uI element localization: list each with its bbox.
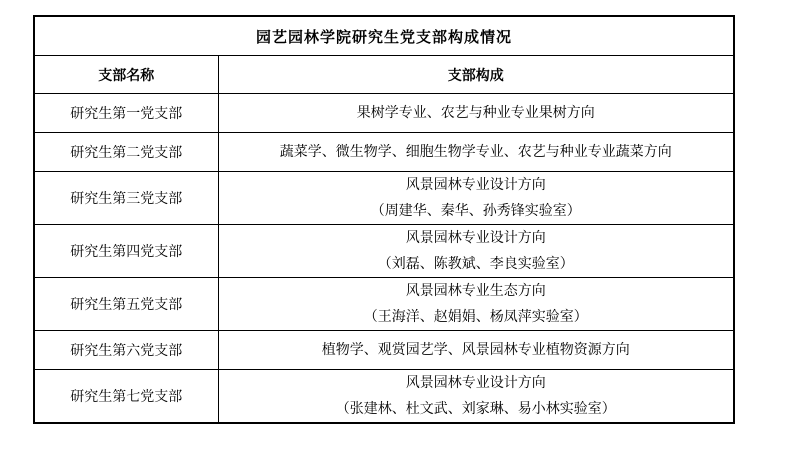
composition-line: （周建华、秦华、孙秀锋实验室） [219,198,734,224]
composition-line: 植物学、观赏园艺学、风景园林专业植物资源方向 [219,337,734,363]
branch-composition-cell: 蔬菜学、微生物学、细胞生物学专业、农艺与种业专业蔬菜方向 [218,133,734,172]
table-row: 研究生第七党支部风景园林专业设计方向（张建林、杜文武、刘家琳、易小林实验室） [34,370,734,424]
column-header-branch-composition: 支部构成 [218,56,734,94]
table-row: 研究生第一党支部果树学专业、农艺与种业专业果树方向 [34,94,734,133]
table-row: 研究生第五党支部风景园林专业生态方向（王海洋、赵娟娟、杨凤萍实验室） [34,278,734,331]
composition-line: 风景园林专业生态方向 [219,278,734,304]
composition-line: （刘磊、陈教斌、李良实验室） [219,251,734,277]
composition-line: 果树学专业、农艺与种业专业果树方向 [219,100,734,126]
branch-name-cell: 研究生第四党支部 [34,225,218,278]
table-row: 研究生第二党支部蔬菜学、微生物学、细胞生物学专业、农艺与种业专业蔬菜方向 [34,133,734,172]
table-row: 研究生第三党支部风景园林专业设计方向（周建华、秦华、孙秀锋实验室） [34,172,734,225]
table-row: 研究生第六党支部植物学、观赏园艺学、风景园林专业植物资源方向 [34,331,734,370]
column-header-branch-name: 支部名称 [34,56,218,94]
branch-name-cell: 研究生第七党支部 [34,370,218,424]
branch-composition-cell: 风景园林专业生态方向（王海洋、赵娟娟、杨凤萍实验室） [218,278,734,331]
branch-name-cell: 研究生第三党支部 [34,172,218,225]
party-branch-table: 园艺园林学院研究生党支部构成情况 支部名称 支部构成 研究生第一党支部果树学专业… [33,15,735,424]
table-header-row: 支部名称 支部构成 [34,56,734,94]
branch-name-cell: 研究生第一党支部 [34,94,218,133]
table-row: 研究生第四党支部风景园林专业设计方向（刘磊、陈教斌、李良实验室） [34,225,734,278]
party-branch-table-container: 园艺园林学院研究生党支部构成情况 支部名称 支部构成 研究生第一党支部果树学专业… [33,15,735,424]
table-title: 园艺园林学院研究生党支部构成情况 [34,16,734,56]
composition-line: （王海洋、赵娟娟、杨凤萍实验室） [219,304,734,330]
branch-name-cell: 研究生第六党支部 [34,331,218,370]
branch-composition-cell: 植物学、观赏园艺学、风景园林专业植物资源方向 [218,331,734,370]
table-title-row: 园艺园林学院研究生党支部构成情况 [34,16,734,56]
branch-composition-cell: 风景园林专业设计方向（周建华、秦华、孙秀锋实验室） [218,172,734,225]
branch-composition-cell: 风景园林专业设计方向（张建林、杜文武、刘家琳、易小林实验室） [218,370,734,424]
composition-line: 风景园林专业设计方向 [219,370,734,396]
composition-line: 风景园林专业设计方向 [219,172,734,198]
composition-line: 风景园林专业设计方向 [219,225,734,251]
composition-line: 蔬菜学、微生物学、细胞生物学专业、农艺与种业专业蔬菜方向 [219,139,734,165]
branch-name-cell: 研究生第五党支部 [34,278,218,331]
branch-name-cell: 研究生第二党支部 [34,133,218,172]
composition-line: （张建林、杜文武、刘家琳、易小林实验室） [219,396,734,422]
branch-composition-cell: 果树学专业、农艺与种业专业果树方向 [218,94,734,133]
branch-composition-cell: 风景园林专业设计方向（刘磊、陈教斌、李良实验室） [218,225,734,278]
